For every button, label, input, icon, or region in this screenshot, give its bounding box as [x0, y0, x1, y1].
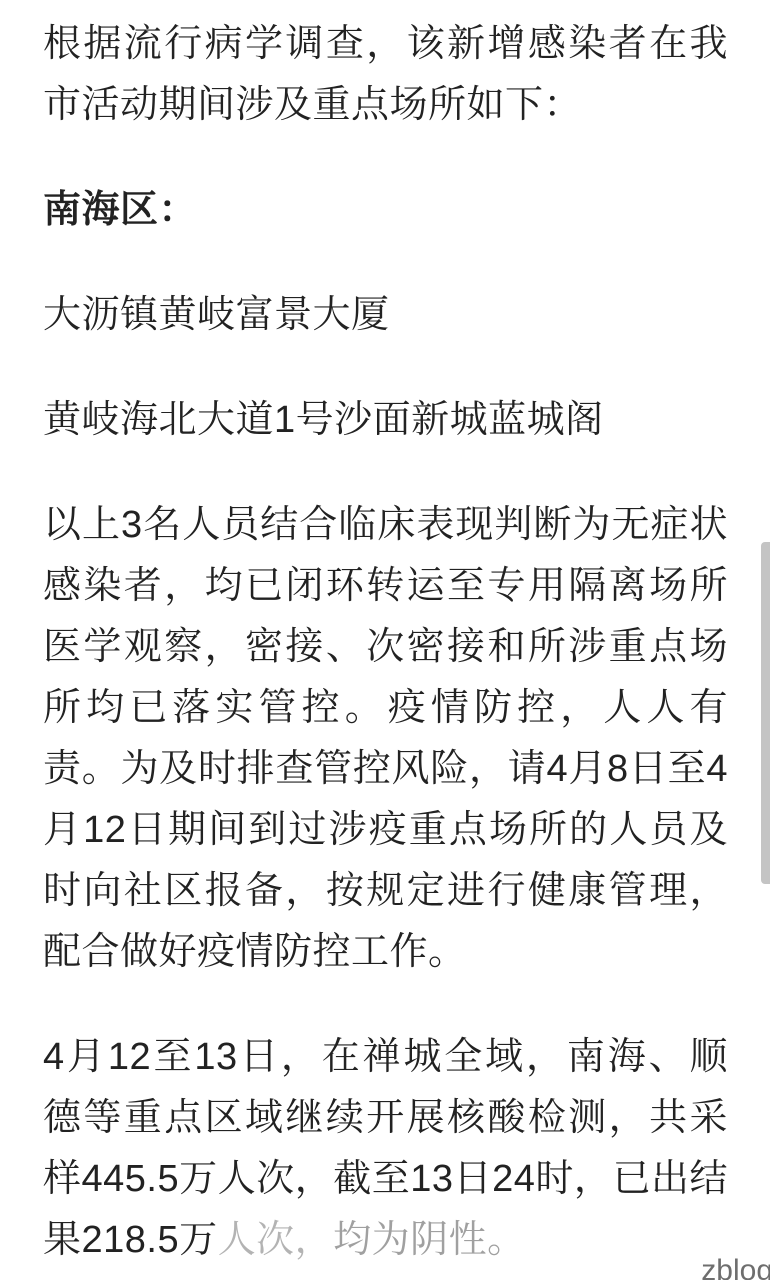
text-segment: 根据流行病学调查，该新增感染者在我市活动期间涉及重点场所如下： [43, 23, 728, 126]
text-segment: 黄岐海北大道1号沙面新城蓝城阁 [43, 399, 604, 441]
paragraph: 4月12至13日，在禅城全域，南海、顺德等重点区域继续开展核酸检测，共采样445… [43, 1027, 728, 1271]
paragraph: 黄岐海北大道1号沙面新城蓝城阁 [43, 390, 728, 451]
scrollbar-thumb[interactable] [761, 542, 770, 884]
paragraph: 大沥镇黄岐富景大厦 [43, 285, 728, 346]
text-segment: 大沥镇黄岐富景大厦 [43, 294, 390, 336]
paragraph-heading: 南海区： [43, 180, 728, 241]
text-segment: 南海区： [43, 189, 197, 231]
paragraph: 以上3名人员结合临床表现判断为无症状感染者，均已闭环转运至专用隔离场所医学观察，… [43, 495, 728, 983]
paragraph: 根据流行病学调查，该新增感染者在我市活动期间涉及重点场所如下： [43, 14, 728, 136]
watermark-zblog: zblog [701, 1254, 770, 1280]
text-segment: 以上3名人员结合临床表现判断为无症状感染者，均已闭环转运至专用隔离场所医学观察，… [43, 504, 728, 973]
page: { "theme": { "background": "#ffffff", "t… [0, 0, 770, 1280]
faded-text-segment: 均为阴性。 [333, 1219, 526, 1261]
faded-text-segment: 人次， [218, 1219, 334, 1261]
article-body: 根据流行病学调查，该新增感染者在我市活动期间涉及重点场所如下：南海区：大沥镇黄岐… [0, 0, 770, 1271]
